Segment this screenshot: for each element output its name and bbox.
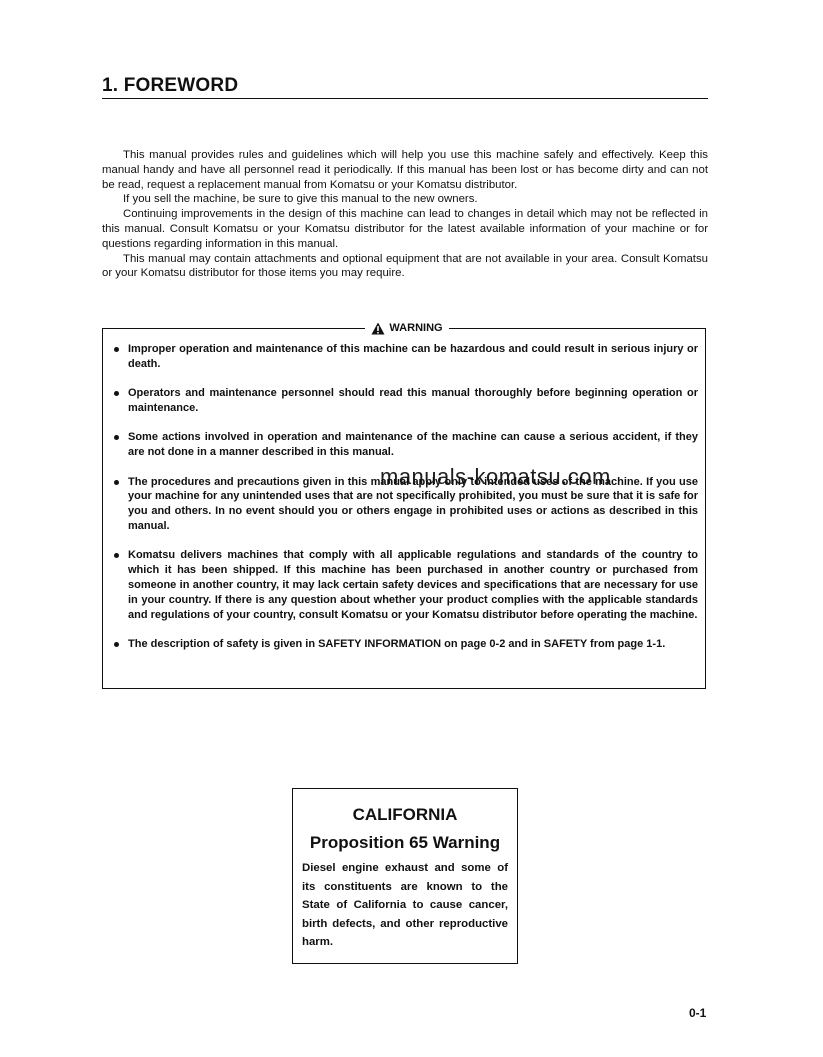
california-title: CALIFORNIA <box>293 805 517 825</box>
list-item: Improper operation and maintenance of th… <box>113 342 698 372</box>
page-title: 1. FOREWORD <box>102 75 238 97</box>
page-number: 0-1 <box>689 1006 706 1020</box>
list-item-text: Improper operation and maintenance of th… <box>128 343 698 370</box>
watermark: manuals-komatsu.com <box>380 466 611 488</box>
bullet-icon <box>114 553 119 558</box>
warning-label: WARNING <box>365 321 449 335</box>
intro-paragraph: Continuing improvements in the design of… <box>102 207 708 251</box>
intro-paragraph: This manual provides rules and guideline… <box>102 148 708 192</box>
california-subtitle: Proposition 65 Warning <box>293 833 517 853</box>
list-item-text: Komatsu delivers machines that comply wi… <box>128 549 698 620</box>
bullet-icon <box>114 642 119 647</box>
bullet-icon <box>114 391 119 396</box>
list-item: Some actions involved in operation and m… <box>113 430 698 460</box>
intro-paragraph: This manual may contain attachments and … <box>102 252 708 282</box>
foreword-intro: This manual provides rules and guideline… <box>102 148 708 281</box>
california-prop65-box: CALIFORNIA Proposition 65 Warning Diesel… <box>292 788 518 964</box>
warning-list: Improper operation and maintenance of th… <box>113 342 698 666</box>
list-item-text: Operators and maintenance personnel shou… <box>128 387 698 414</box>
divider <box>103 328 365 329</box>
list-item-text: The description of safety is given in SA… <box>128 638 665 650</box>
california-body: Diesel engine exhaust and some of its co… <box>302 859 508 952</box>
divider <box>449 328 705 329</box>
list-item-text: Some actions involved in operation and m… <box>128 431 698 458</box>
intro-paragraph: If you sell the machine, be sure to give… <box>102 192 708 207</box>
warning-label-text: WARNING <box>389 322 442 334</box>
bullet-icon <box>114 480 119 485</box>
list-item: Komatsu delivers machines that comply wi… <box>113 548 698 622</box>
bullet-icon <box>114 347 119 352</box>
warning-triangle-icon <box>371 322 385 335</box>
warning-box: WARNING Improper operation and maintenan… <box>102 328 706 689</box>
bullet-icon <box>114 435 119 440</box>
list-item: Operators and maintenance personnel shou… <box>113 386 698 416</box>
section-heading: 1. FOREWORD <box>102 74 708 99</box>
list-item: The description of safety is given in SA… <box>113 637 698 652</box>
warning-header: WARNING <box>103 321 705 335</box>
